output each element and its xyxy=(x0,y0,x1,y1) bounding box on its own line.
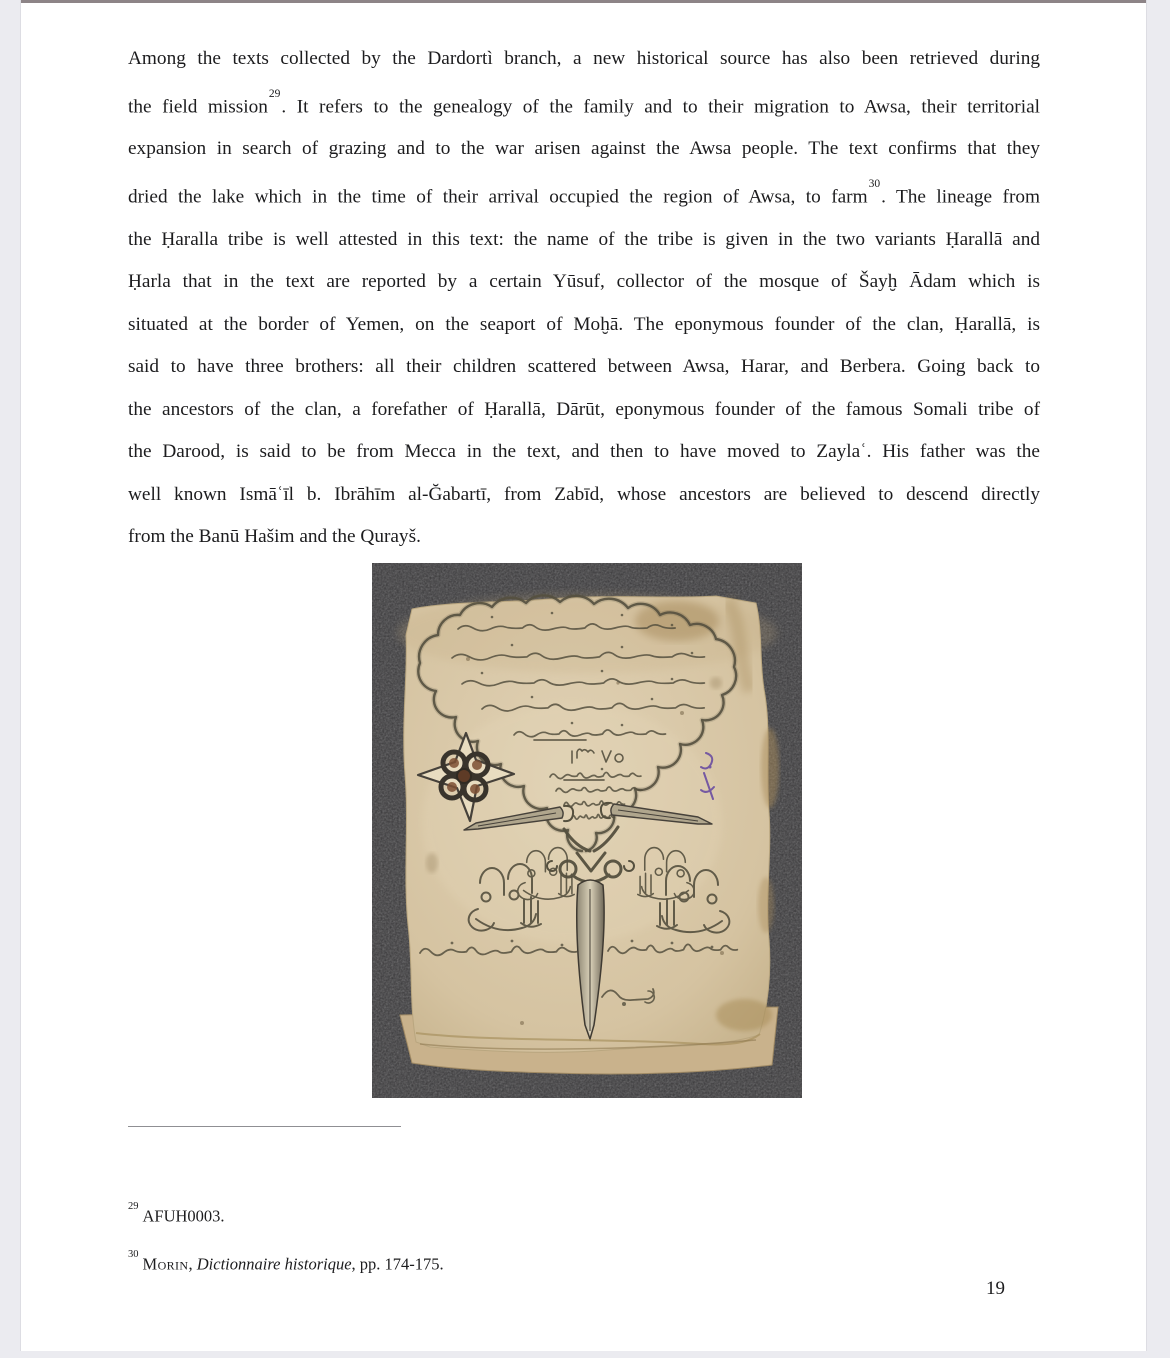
viewer-top-edge xyxy=(0,0,1170,3)
viewer-gutter-bottom xyxy=(0,1351,1170,1358)
footnote-ref: 30 xyxy=(868,178,882,190)
body-line: said to have three brothers: all their c… xyxy=(128,346,1040,389)
body-line: situated at the border of Yemen, on the … xyxy=(128,304,1040,347)
footnote-text: Dictionnaire historique xyxy=(197,1254,352,1273)
footnote-marker: 30 xyxy=(128,1249,139,1260)
body-line: the Darood, is said to be from Mecca in … xyxy=(128,431,1040,474)
viewer-gutter-left xyxy=(0,0,21,1358)
body-line: expansion in search of grazing and to th… xyxy=(128,128,1040,171)
footnote-marker: 29 xyxy=(128,1201,139,1212)
footnote-separator xyxy=(128,1126,401,1127)
page-number: 19 xyxy=(965,1278,1005,1300)
body-line: the Ḥaralla tribe is well attested in th… xyxy=(128,219,1040,262)
body-line: the ancestors of the clan, a forefather … xyxy=(128,389,1040,432)
footnote: 29AFUH0003. xyxy=(128,1199,1040,1230)
manuscript-photo-drawing xyxy=(372,563,802,1098)
body-line: the field mission29. It refers to the ge… xyxy=(128,81,1040,129)
footnote: 30Morin, Dictionnaire historique, pp. 17… xyxy=(128,1247,1040,1278)
body-line: Among the texts collected by the Dardort… xyxy=(128,38,1040,81)
footnote-text: AFUH0003. xyxy=(143,1207,225,1226)
body-line: Ḥarla that in the text are reported by a… xyxy=(128,261,1040,304)
footnotes: 29AFUH0003.30Morin, Dictionnaire histori… xyxy=(128,1199,1040,1294)
body-line: from the Banū Hašim and the Qurayš. xyxy=(128,516,1040,559)
body-line: dried the lake which in the time of thei… xyxy=(128,171,1040,219)
footnote-text: , pp. 174-175. xyxy=(352,1254,444,1273)
footnote-text: , xyxy=(189,1254,197,1273)
body-text: Among the texts collected by the Dardort… xyxy=(128,38,1040,559)
footnote-ref: 29 xyxy=(268,88,282,100)
footnote-text: Morin xyxy=(143,1254,189,1273)
body-line: well known Ismāʿīl b. Ibrāhīm al-Ğabartī… xyxy=(128,474,1040,517)
manuscript-photo xyxy=(372,563,802,1098)
viewer-gutter-right xyxy=(1146,0,1170,1358)
